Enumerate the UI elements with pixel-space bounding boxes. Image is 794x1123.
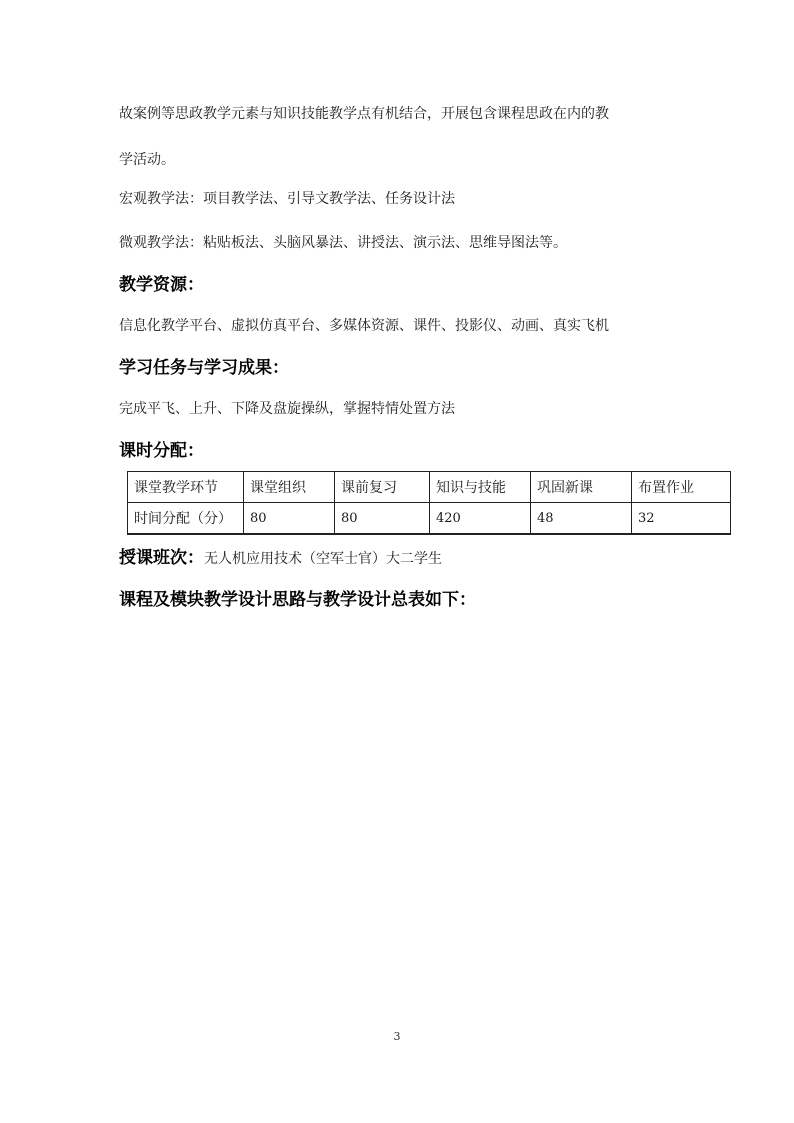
table-cell: 80 [335,503,430,535]
table-cell: 课堂教学环节 [128,472,244,503]
table-header-row: 课堂教学环节 课堂组织 课前复习 知识与技能 巩固新课 布置作业 [128,472,731,503]
table-cell: 48 [531,503,632,535]
learning-tasks-content: 完成平飞、上升、下降及盘旋操纵，掌握特情处置方法 [119,400,455,418]
table-cell: 布置作业 [632,472,731,503]
table-cell: 知识与技能 [430,472,531,503]
table-cell: 80 [244,503,335,535]
micro-teaching-methods: 微观教学法：粘贴板法、头脑风暴法、讲授法、演示法、思维导图法等。 [119,234,567,252]
document-page: 故案例等思政教学元素与知识技能教学点有机结合，开展包含课程思政在内的教 学活动。… [0,0,794,1123]
heading-learning-tasks: 学习任务与学习成果： [119,358,289,378]
page-number: 3 [0,1030,794,1043]
teaching-resources-content: 信息化教学平台、虚拟仿真平台、多媒体资源、课件、投影仪、动画、真实飞机 [119,317,609,335]
table-cell: 课堂组织 [244,472,335,503]
table-cell: 420 [430,503,531,535]
class-info-value: 无人机应用技术（空军士官）大二学生 [204,551,442,567]
class-info: 授课班次：无人机应用技术（空军士官）大二学生 [119,548,442,569]
table-cell: 巩固新课 [531,472,632,503]
table-cell: 32 [632,503,731,535]
paragraph-continuation-line-2: 学活动。 [119,151,175,169]
table-row: 时间分配（分） 80 80 420 48 32 [128,503,731,535]
heading-teaching-resources: 教学资源： [119,275,204,295]
heading-course-design: 课程及模块教学设计思路与教学设计总表如下： [119,590,476,610]
table-cell: 课前复习 [335,472,430,503]
table-cell: 时间分配（分） [128,503,244,535]
heading-hours-allocation: 课时分配： [119,441,204,461]
hours-allocation-table: 课堂教学环节 课堂组织 课前复习 知识与技能 巩固新课 布置作业 时间分配（分）… [127,471,731,535]
class-info-label: 授课班次： [119,548,204,568]
macro-teaching-methods: 宏观教学法：项目教学法、引导文教学法、任务设计法 [119,190,455,208]
paragraph-continuation-line-1: 故案例等思政教学元素与知识技能教学点有机结合，开展包含课程思政在内的教 [119,105,609,123]
